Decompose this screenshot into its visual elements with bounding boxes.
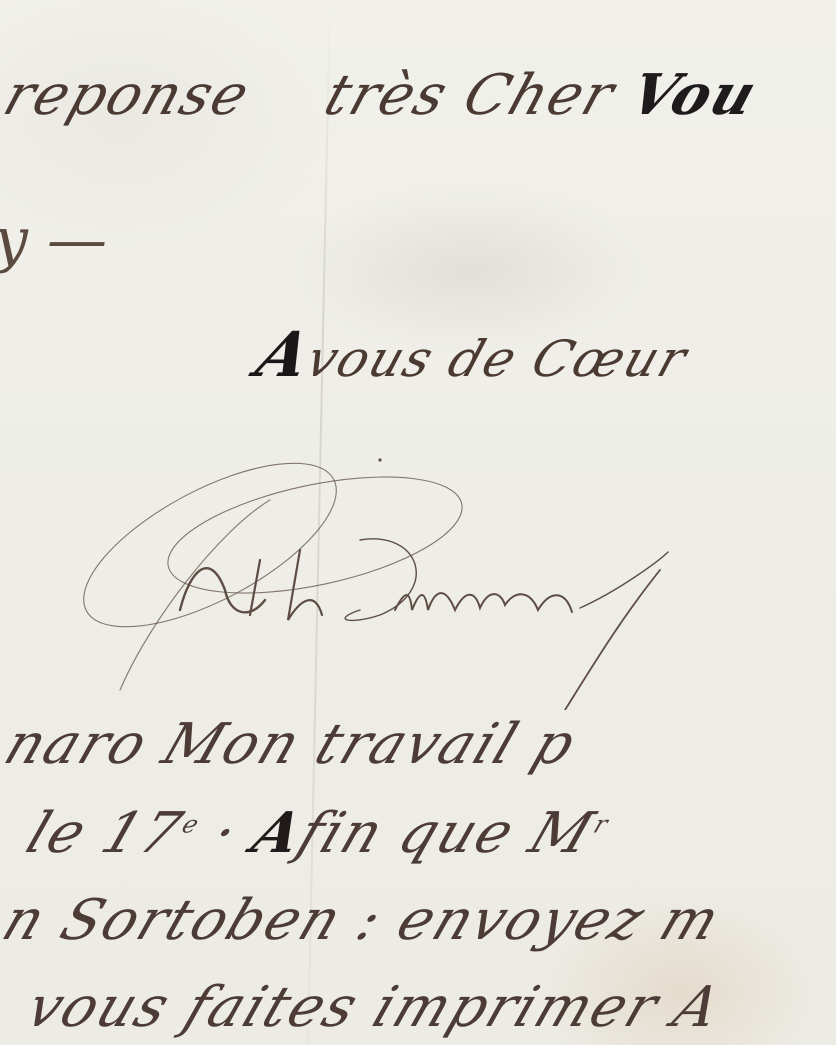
date-text: le 17 [18, 801, 192, 866]
letter-line-6: n Sortoben : envoyez m [0, 888, 730, 953]
signature-flourish-icon [60, 440, 740, 710]
words-tres-cher: très Cher [317, 63, 644, 128]
letter-line-4: naro Mon travail p [0, 712, 585, 777]
closing-text: vous de Cœur [299, 330, 695, 388]
letter-line-7: vous faites imprimer A [18, 975, 731, 1040]
word-vou: Vou [622, 62, 766, 128]
letter-line-5: le 17e · Afin que Mr [18, 800, 617, 866]
word-reponse: reponse [0, 63, 259, 128]
letter-line-2-fragment: y — [0, 205, 107, 275]
letter-line-1: reponse très Cher Vou [0, 62, 766, 128]
closing-salutation: Avous de Cœur [248, 318, 699, 391]
